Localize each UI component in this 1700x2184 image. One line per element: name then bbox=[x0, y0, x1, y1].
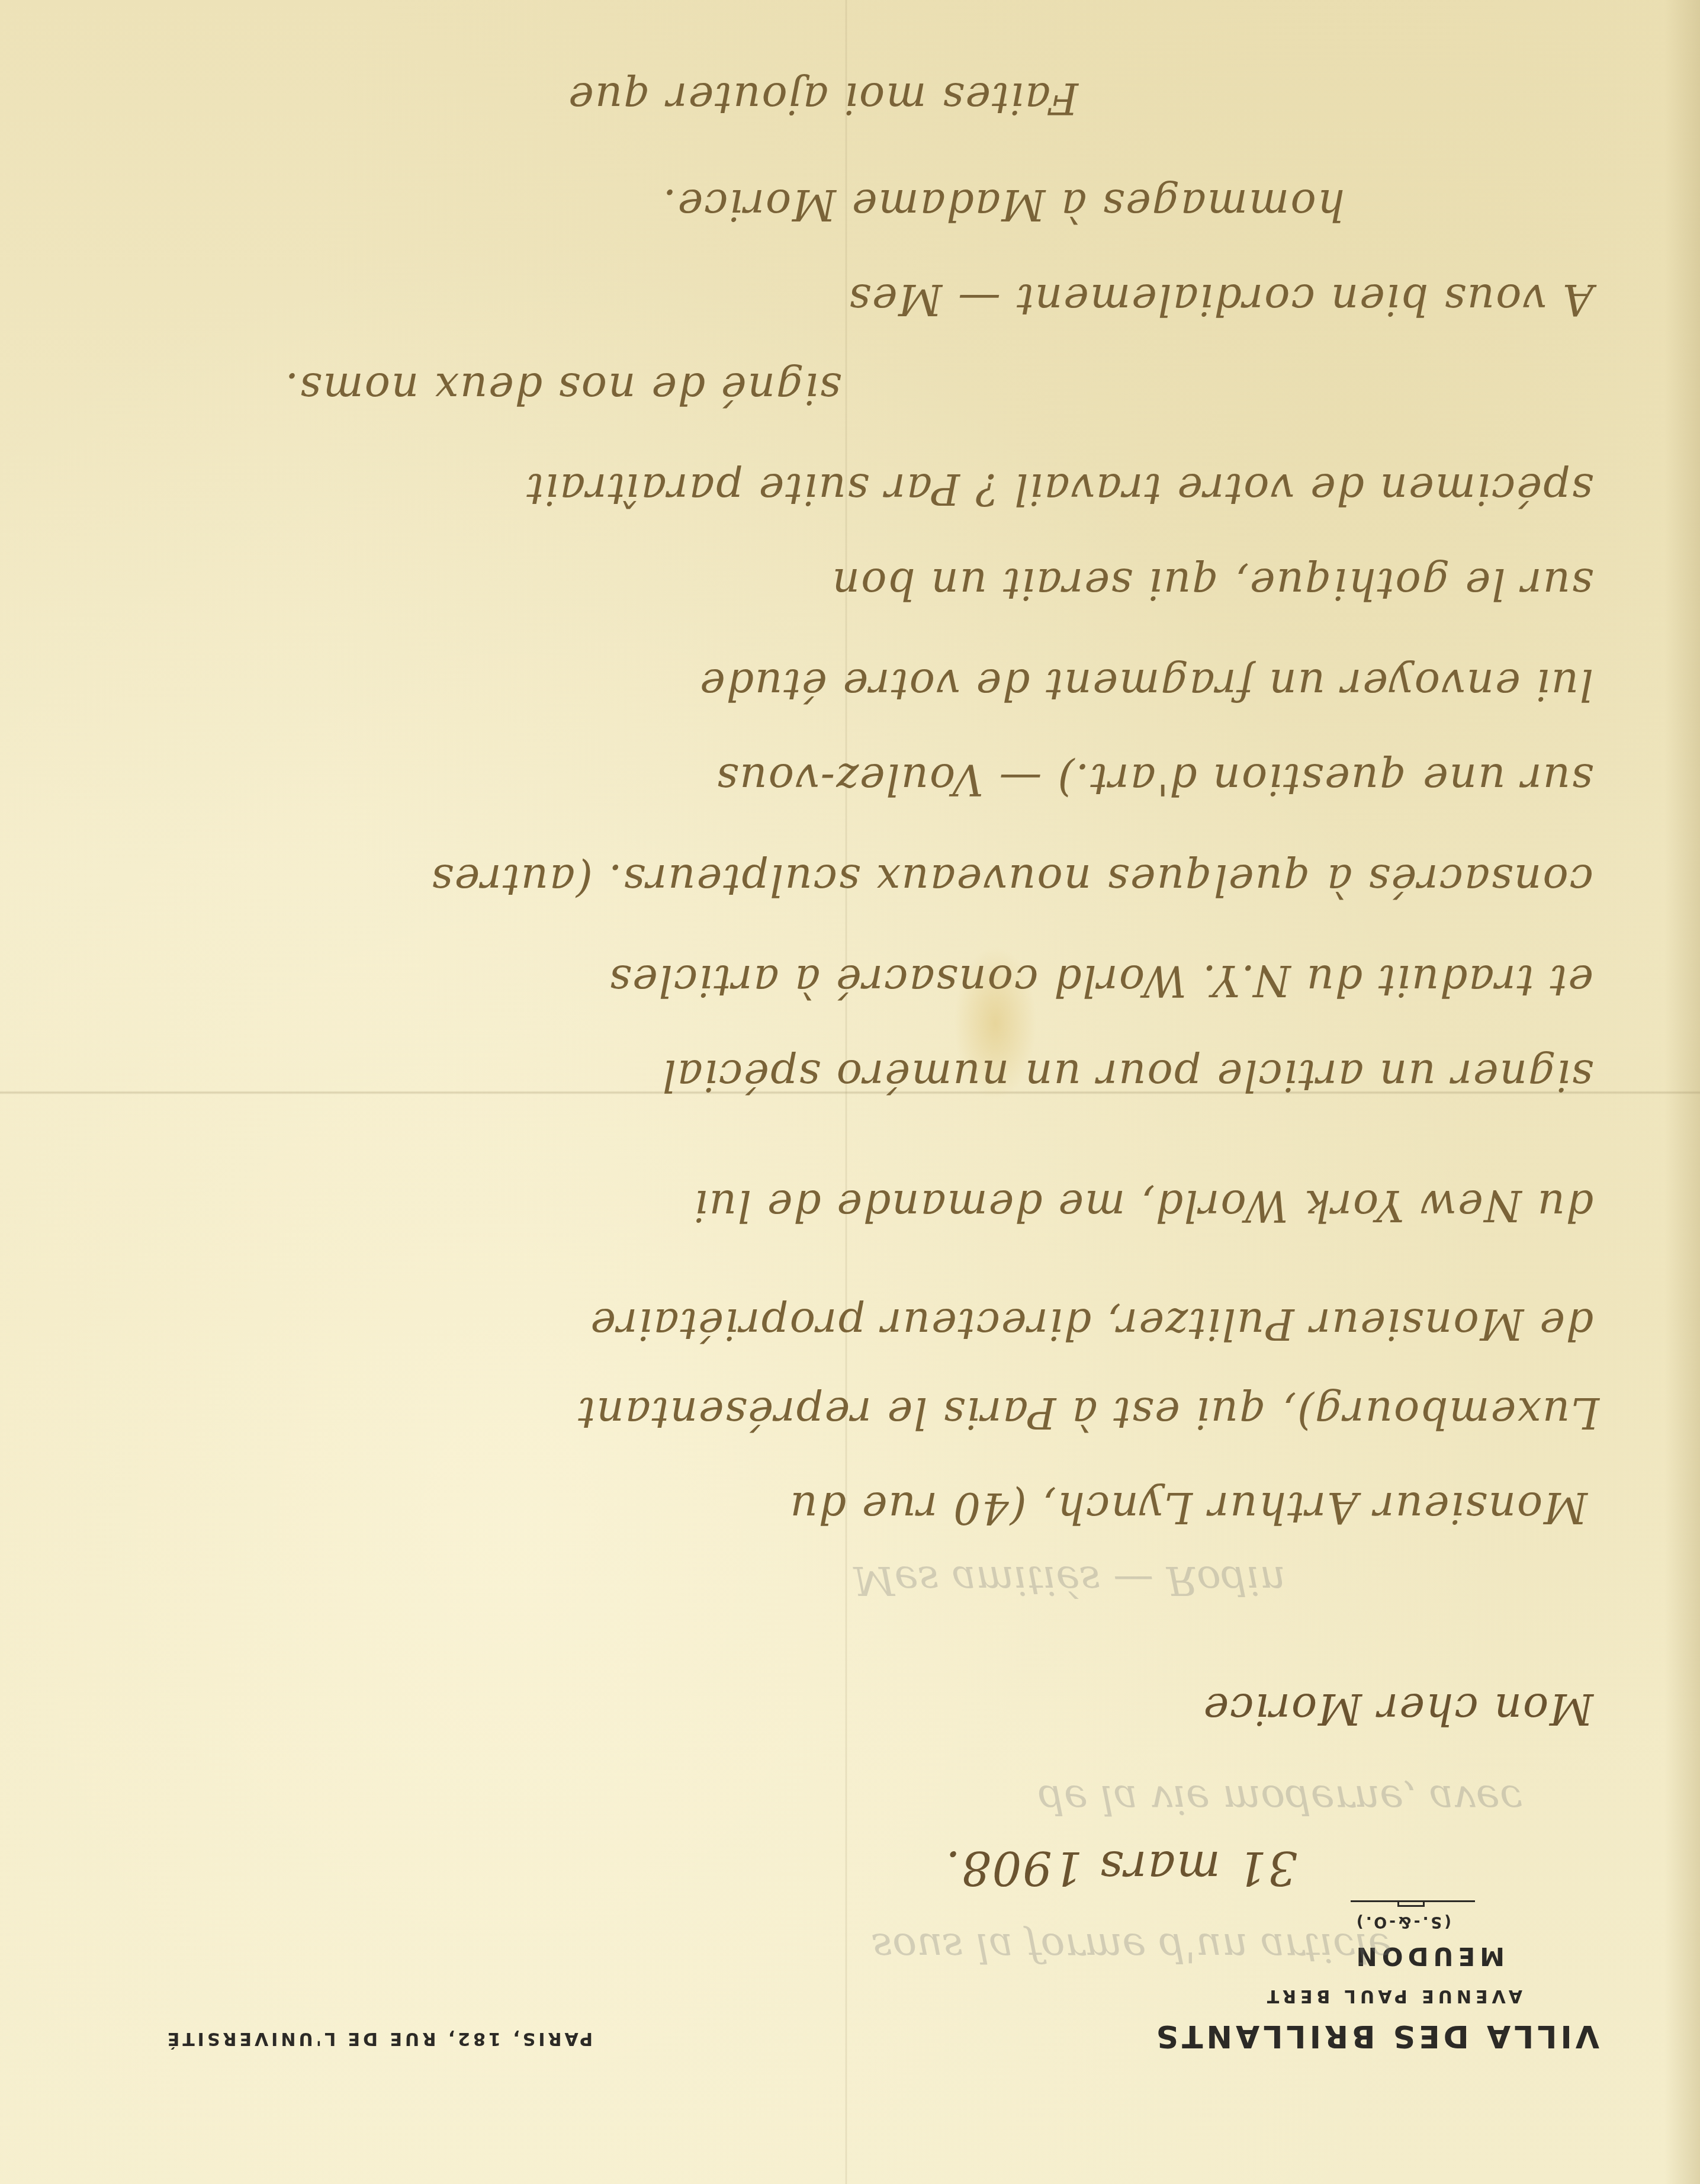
letter-line: sur une question d'art.) — Voulez-vous bbox=[715, 754, 1593, 804]
letter-line: Monsieur Arthur Lynch, (40 rue du bbox=[789, 1483, 1588, 1533]
show-through-writing: de la vie moderne, avec bbox=[1038, 1776, 1522, 1823]
letter-line: Faites moi ajouter que bbox=[567, 73, 1078, 123]
show-through-writing: Mes amitiés — Rodin bbox=[853, 1557, 1286, 1604]
letter-line: et traduit du N.Y. World consacré à arti… bbox=[608, 956, 1593, 1006]
letter-line: consacrés à quelques nouveaux sculpteurs… bbox=[430, 855, 1593, 905]
letter-line: lui envoyer un fragment de votre étude bbox=[699, 660, 1593, 709]
letter-line: spécimen de votre travail ? Par suite pa… bbox=[525, 464, 1593, 514]
letter-line: hommages à Madame Morice. bbox=[662, 180, 1345, 230]
letter-line: signer un article pour un numéro spécial bbox=[661, 1051, 1593, 1100]
letter-line: sur le gothique, qui serait un bon bbox=[831, 559, 1593, 609]
letter-greeting: Mon cher Morice bbox=[1203, 1684, 1593, 1734]
letter-sheet: VILLA DES BRILLANTS AVENUE PAUL BERT MEU… bbox=[0, 0, 1700, 2184]
letterhead-rule-icon bbox=[1351, 1900, 1475, 1902]
letter-line: de Monsieur Pulitzer, directeur propriét… bbox=[589, 1299, 1593, 1349]
letterhead-paris-address: PARIS, 182, RUE DE L'UNIVERSITÉ bbox=[165, 2028, 593, 2049]
show-through-writing: sous la forme d'un article bbox=[872, 1924, 1392, 1971]
letter-date: 31 mars 1908. bbox=[944, 1841, 1297, 1894]
letterhead-villa-name: VILLA DES BRILLANTS bbox=[1153, 2018, 1599, 2054]
letterhead-street: AVENUE PAUL BERT bbox=[1263, 1986, 1522, 2006]
letter-line: du New York World, me demande de lui bbox=[693, 1181, 1593, 1231]
letter-line: A vous bien cordialement — Mes bbox=[848, 275, 1593, 325]
letter-line: signé de nos deux noms. bbox=[284, 364, 841, 413]
letter-line: Luxembourg), qui est à Paris le représen… bbox=[577, 1388, 1599, 1438]
